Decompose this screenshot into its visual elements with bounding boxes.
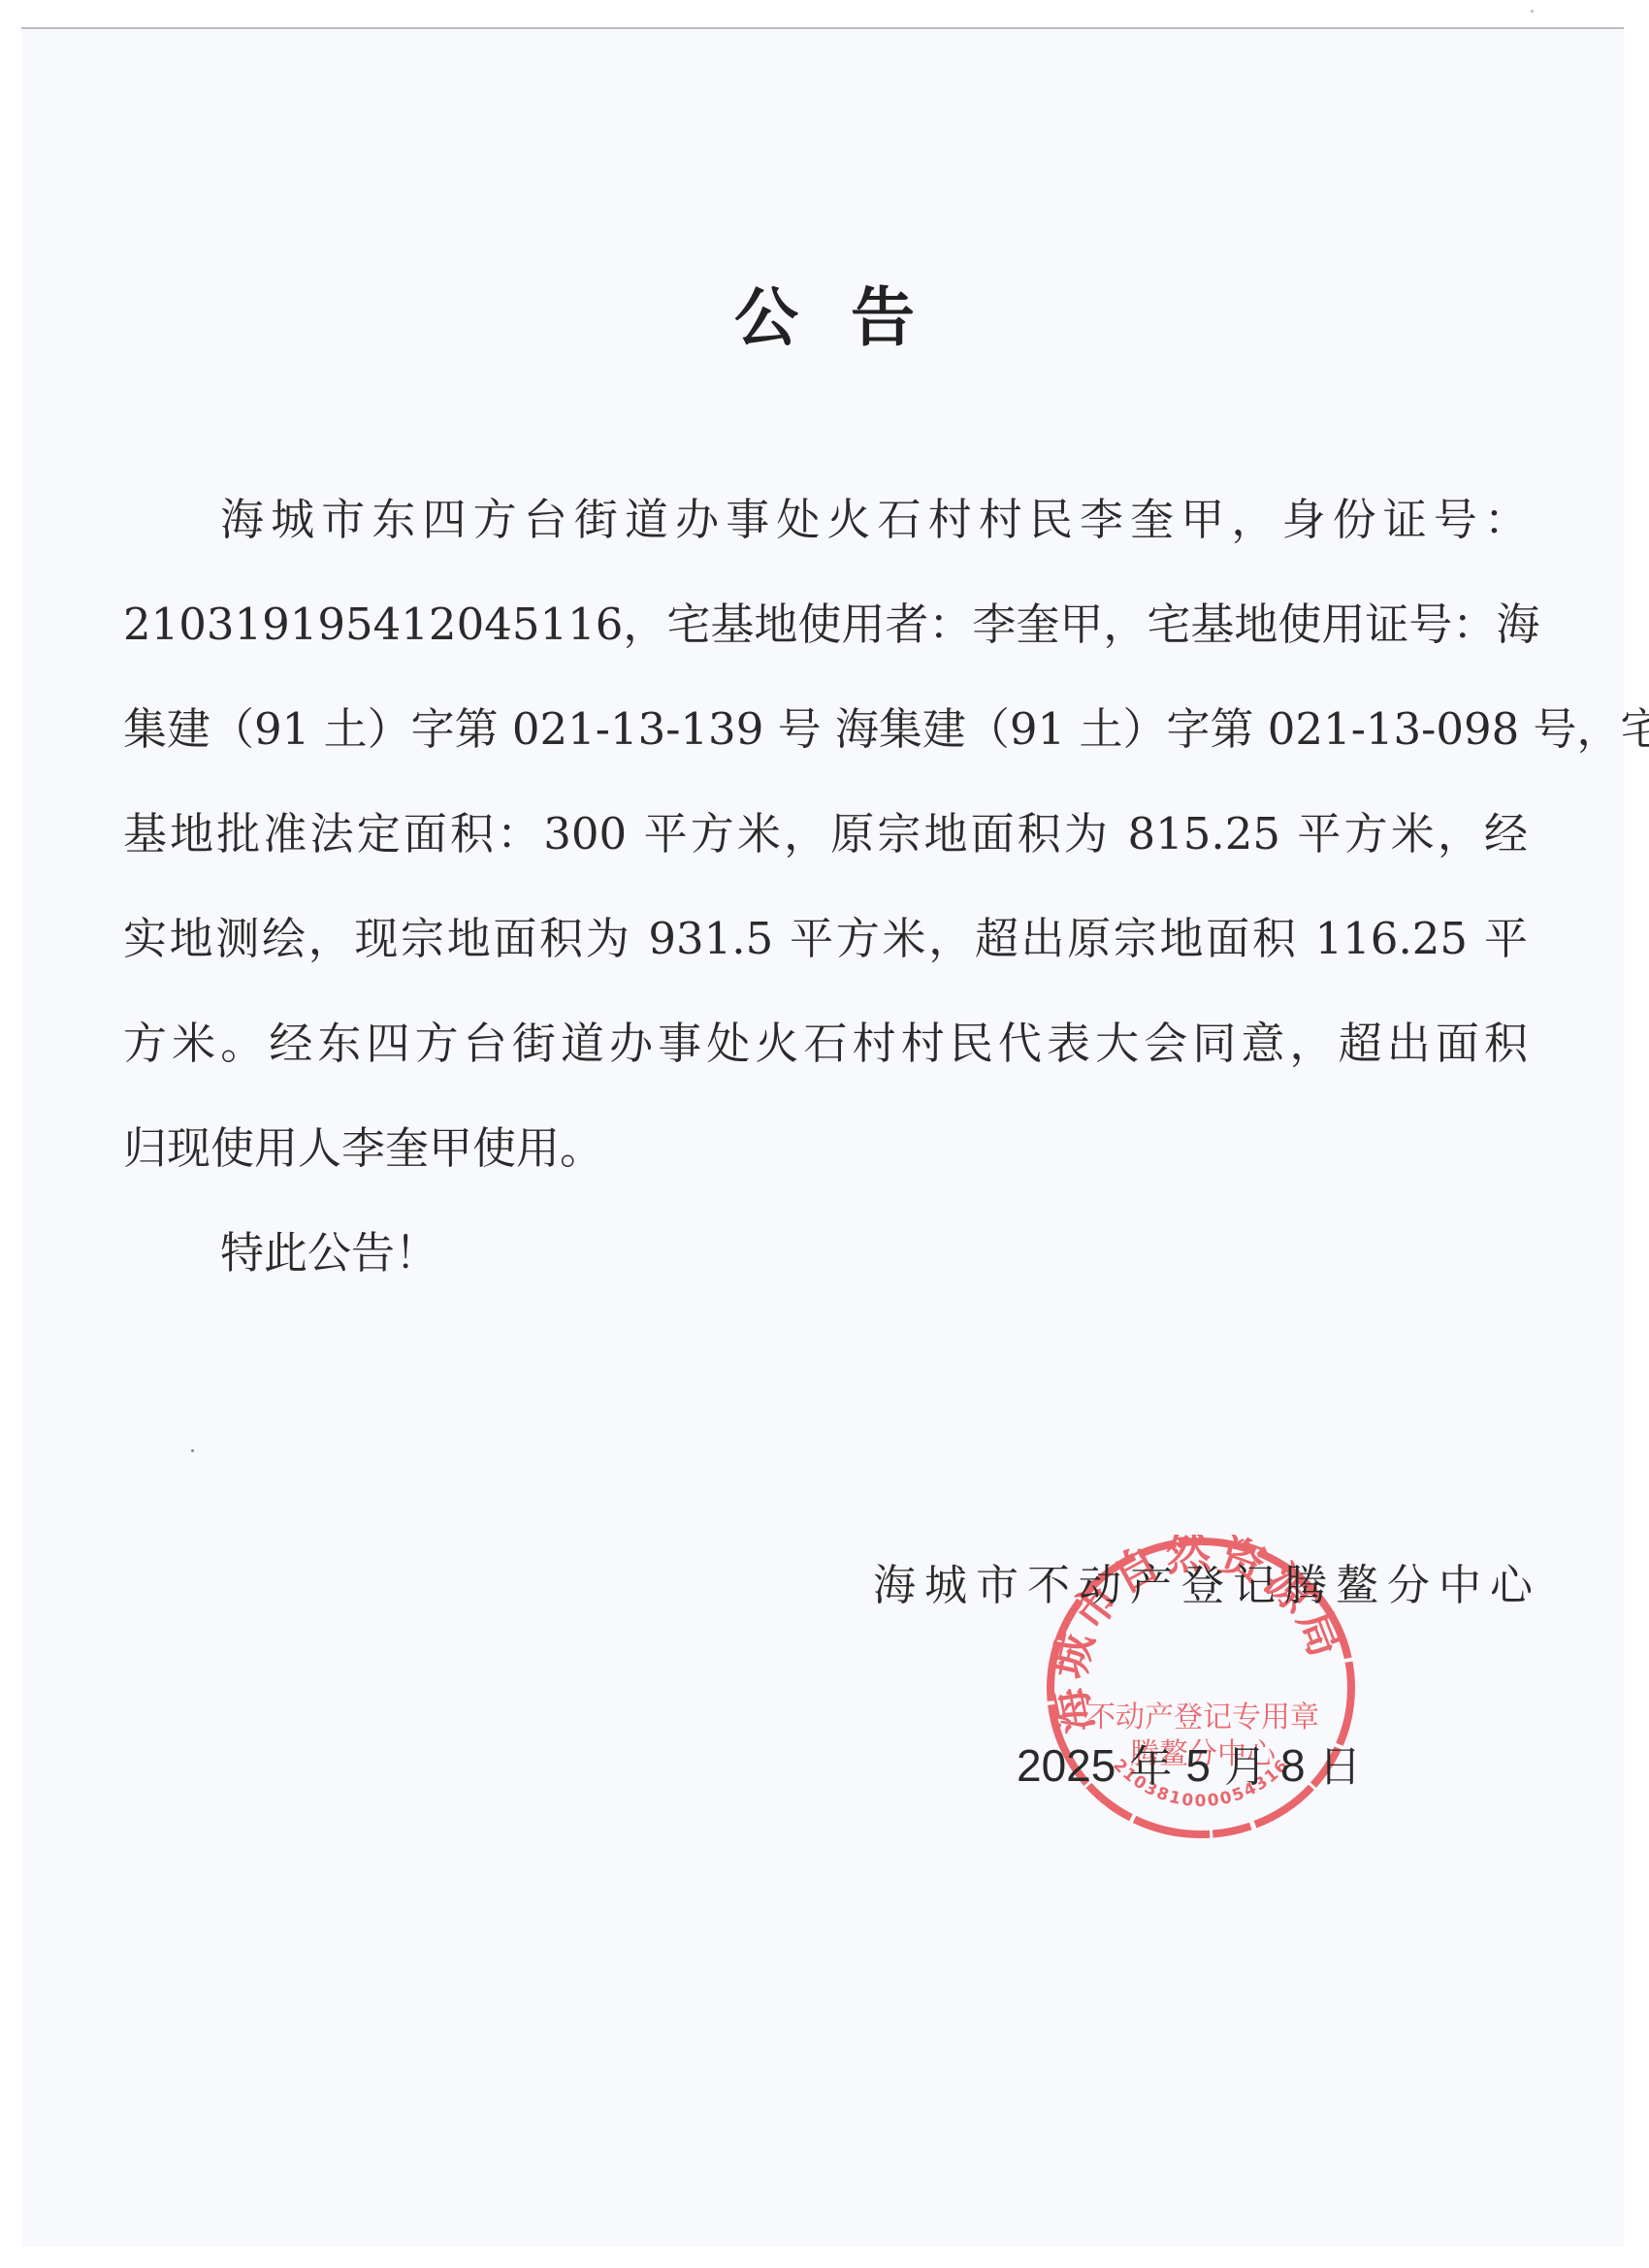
body-line-1: 海城市东四方台街道办事处火石村村民李奎甲，身份证号：	[123, 468, 1528, 572]
date-month-unit: 月	[1224, 1742, 1267, 1792]
seal-center-line1: 不动产登记专用章	[1086, 1701, 1319, 1734]
body-line-4: 基地批准法定面积：300 平方米，原宗地面积为 815.25 平方米，经	[123, 782, 1528, 887]
scan-speck	[1531, 10, 1534, 13]
document-title: 公告	[0, 279, 1649, 357]
date-month: 5	[1185, 1740, 1211, 1791]
notice-body: 海城市东四方台街道办事处火石村村民李奎甲，身份证号： 2103191954120…	[123, 468, 1539, 1306]
date-year: 2025	[1017, 1740, 1115, 1791]
issue-date: 2025 年 5 月 8 日	[1017, 1736, 1362, 1797]
body-line-2: 210319195412045116，宅基地使用者：李奎甲，宅基地使用证号：海	[123, 572, 1528, 677]
date-year-unit: 年	[1129, 1742, 1172, 1792]
body-line-6: 方米。经东四方台街道办事处火石村村民代表大会同意，超出面积	[123, 991, 1528, 1096]
issuing-authority-signature: 海城市不动产登记腾鳌分中心	[873, 1557, 1513, 1615]
body-line-5: 实地测绘，现宗地面积为 931.5 平方米，超出原宗地面积 116.25 平	[123, 887, 1528, 991]
scan-speck	[191, 1449, 194, 1452]
date-day: 8	[1280, 1740, 1306, 1791]
body-line-3: 集建（91 土）字第 021-13-139 号 海集建（91 土）字第 021-…	[123, 677, 1528, 782]
date-day-unit: 日	[1319, 1742, 1362, 1792]
closing-statement: 特此公告！	[123, 1201, 1539, 1306]
body-line-7: 归现使用人李奎甲使用。	[123, 1096, 1539, 1201]
